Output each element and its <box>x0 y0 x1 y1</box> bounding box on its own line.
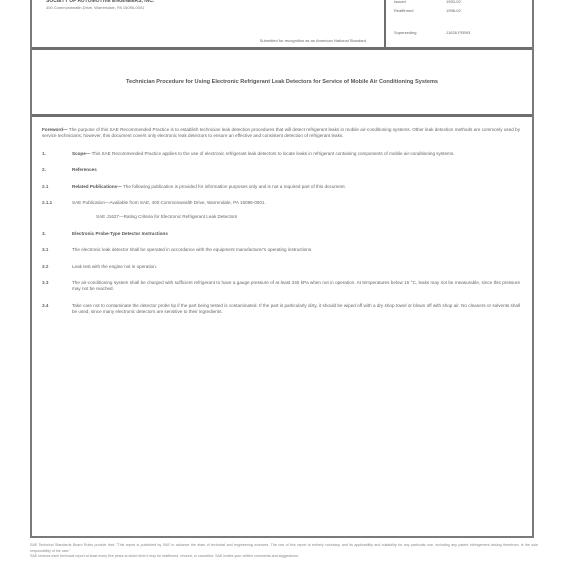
section-2-1: 2.1 Related Publications— The following … <box>42 184 520 190</box>
document-body: Foreword— The purpose of this SAE Recomm… <box>42 127 520 326</box>
title-box: Technician Procedure for Using Electroni… <box>32 50 532 117</box>
foreword-label: Foreword— <box>42 127 68 132</box>
meta-superseding: SupersedingJ1628 FEB93 <box>394 30 470 35</box>
document-footer: SAE Technical Standards Board Rules prov… <box>30 543 538 560</box>
section-3-1: 3.1 The electronic leak detector shall b… <box>42 247 520 253</box>
meta-issued: Issued1993-02 <box>394 0 461 4</box>
document-frame: SOCIETY OF AUTOMOTIVE ENGINEERS, INC. 40… <box>30 0 534 538</box>
foreword: Foreword— The purpose of this SAE Recomm… <box>42 127 520 140</box>
footer-disclaimer: SAE Technical Standards Board Rules prov… <box>30 543 538 554</box>
reference-item: SAE J1627—Rating Criteria for Electronic… <box>42 214 520 220</box>
ansi-note: Submitted for recognition as an American… <box>260 38 366 43</box>
document-number: SURFACE VEHICLE RECOMMENDED PRACTICE J16… <box>222 0 400 2</box>
section-3-3: 3.3 The air-conditioning system shall be… <box>42 280 520 293</box>
header-left-panel: SOCIETY OF AUTOMOTIVE ENGINEERS, INC. 40… <box>32 0 386 47</box>
footer-review-note: SAE reviews each technical report at lea… <box>30 554 538 560</box>
section-3-4: 3.4 Take care not to contaminate the det… <box>42 303 520 316</box>
section-2: 2. References <box>42 167 520 173</box>
foreword-text: The purpose of this SAE Recommended Prac… <box>42 127 520 138</box>
section-3-2: 3.2 Leak test with the engine not in ope… <box>42 264 520 270</box>
document-header: SOCIETY OF AUTOMOTIVE ENGINEERS, INC. 40… <box>32 0 532 50</box>
org-name: SOCIETY OF AUTOMOTIVE ENGINEERS, INC. <box>46 0 154 4</box>
section-3: 3. Electronic Probe-Type Detector Instru… <box>42 231 520 237</box>
document-title: Technician Procedure for Using Electroni… <box>97 78 467 86</box>
section-2-1-1: 2.1.1 SAE Publication—Available from SAE… <box>42 200 520 206</box>
section-1: 1. Scope— This SAE Recommended Practice … <box>42 151 520 157</box>
org-address: 400 Commonwealth Drive, Warrendale, PA 1… <box>46 5 144 10</box>
header-meta-panel: Issued1993-02 Reaffirmed1998-02 Supersed… <box>386 0 532 47</box>
meta-reaffirmed: Reaffirmed1998-02 <box>394 8 461 13</box>
